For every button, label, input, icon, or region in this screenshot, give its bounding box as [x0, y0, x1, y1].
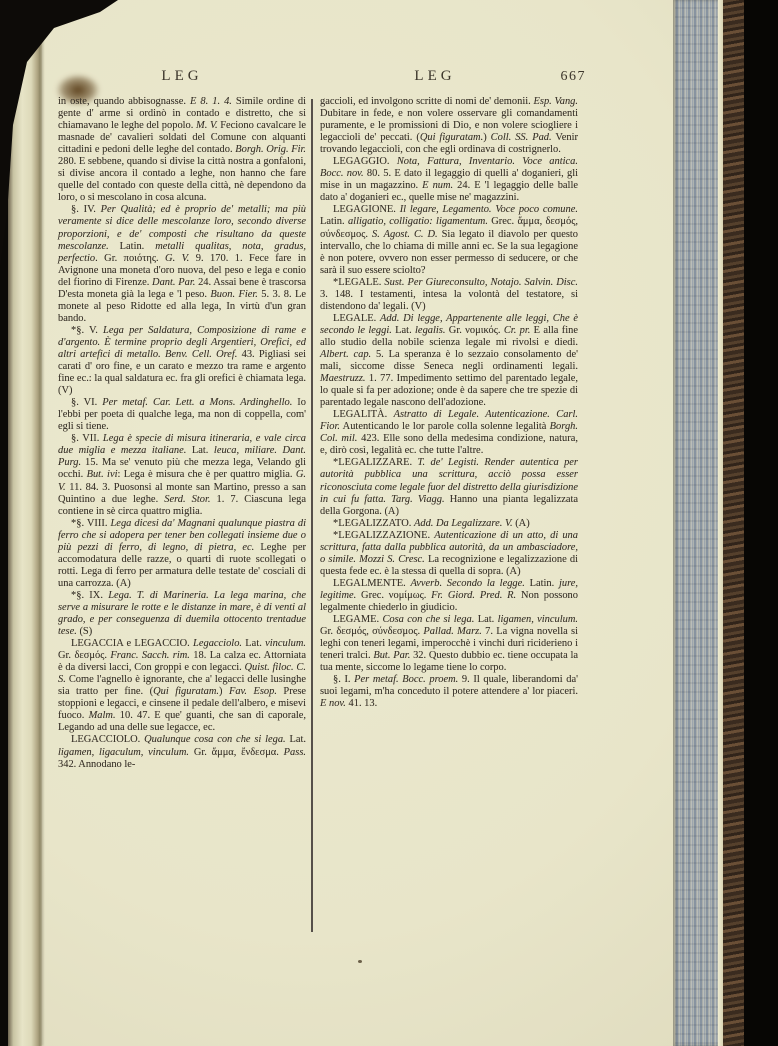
text-column-right: gaccioli, ed involgono scritte di nomi d…	[320, 96, 578, 710]
entry-paragraph: gaccioli, ed involgono scritte di nomi d…	[320, 96, 578, 156]
running-head-right: LEG	[320, 68, 550, 85]
running-head-left: LEG	[58, 68, 306, 85]
entry-paragraph: *§. V. Lega per Saldatura, Composizione …	[58, 325, 306, 397]
page-number: 667	[536, 69, 586, 85]
entry-paragraph: *LEGALIZZATO. Add. Da Legalizzare. V. (A…	[320, 518, 578, 530]
entry-paragraph: LEGAGIONE. Il legare, Legamento. Voce po…	[320, 204, 578, 276]
entry-paragraph: LEGACCIA e LEGACCIO. Legacciolo. Lat. vi…	[58, 638, 306, 734]
entry-paragraph: LEGACCIOLO. Qualunque cosa con che si le…	[58, 734, 306, 770]
entry-paragraph: *§. IX. Lega. T. di Marineria. La lega m…	[58, 590, 306, 638]
entry-paragraph: §. VII. Lega è specie di misura itinerar…	[58, 433, 306, 517]
entry-paragraph: LEGAGGIO. Nota, Fattura, Inventario. Voc…	[320, 156, 578, 204]
facing-page-edge	[8, 0, 42, 1046]
entry-paragraph: §. IV. Per Qualità; ed è proprio de' met…	[58, 204, 306, 324]
book-photo: LEG LEG 667 in oste, quando abbisognasse…	[0, 0, 778, 1046]
column-divider-rule	[311, 99, 313, 932]
entry-paragraph: LEGAME. Cosa con che si lega. Lat. ligam…	[320, 614, 578, 674]
entry-paragraph: LEGALMENTE. Avverb. Secondo la legge. La…	[320, 578, 578, 614]
photo-background-right	[744, 0, 778, 1046]
gutter-crease	[41, 0, 43, 1046]
entry-paragraph: §. I. Per metaf. Bocc. proem. 9. Il qual…	[320, 674, 578, 710]
book-fore-edge	[673, 0, 718, 1046]
entry-paragraph: *LEGALIZZAZIONE. Autenticazione di un at…	[320, 530, 578, 578]
book-cover-edge	[723, 0, 744, 1046]
entry-paragraph: *LEGALIZZARE. T. de' Legisti. Render aut…	[320, 457, 578, 517]
entry-paragraph: §. VI. Per metaf. Car. Lett. a Mons. Ard…	[58, 397, 306, 433]
entry-paragraph: LEGALE. Add. Di legge, Appartenente alle…	[320, 313, 578, 409]
text-column-left: in oste, quando abbisognasse. E 8. 1. 4.…	[58, 96, 306, 771]
entry-paragraph: *§. VIII. Lega dicesi da' Magnani qualun…	[58, 518, 306, 590]
entry-paragraph: LEGALITÀ. Astratto di Legale. Autenticaz…	[320, 409, 578, 457]
entry-paragraph: in oste, quando abbisognasse. E 8. 1. 4.…	[58, 96, 306, 204]
entry-paragraph: *LEGALE. Sust. Per Giureconsulto, Notajo…	[320, 277, 578, 313]
paper-speck	[358, 960, 362, 963]
